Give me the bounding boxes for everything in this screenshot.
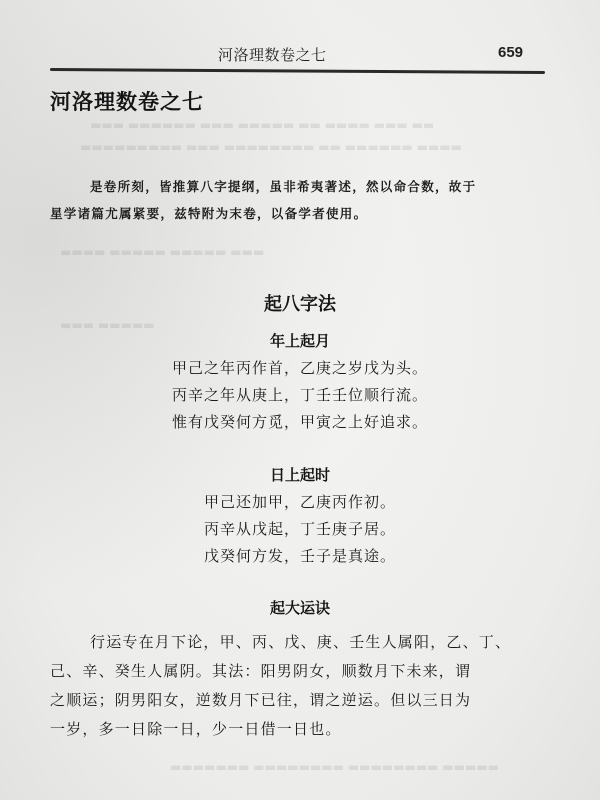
section-title: 起八字法 — [0, 290, 600, 316]
verse-line: 甲己之年丙作首，乙庚之岁戊为头。 — [0, 355, 600, 382]
intro-paragraph: 是卷所刻，皆推算八字提纲，虽非希夷著述，然以命合数，故于 星学诸篇尤属紧要，兹特… — [50, 173, 550, 227]
intro-line: 是卷所刻，皆推算八字提纲，虽非希夷著述，然以命合数，故于 — [50, 173, 550, 200]
show-through-text: ▬▬ ▬▬▬ ▬▬▬▬ ▬▬ ▬▬▬▬▬ ▬▬▬ ▬▬▬▬▬▬ ▬▬▬ — [90, 118, 434, 132]
verse-line: 丙辛之年从庚上，丁壬壬位顺行流。 — [0, 382, 600, 409]
intro-line: 星学诸篇尤属紧要，兹特附为末卷，以备学者使用。 — [50, 200, 550, 227]
verse-line: 丙辛从戊起，丁壬庚子居。 — [0, 516, 600, 543]
show-through-text: ▬▬▬▬▬ ▬▬▬▬▬▬▬▬ ▬▬▬▬▬▬▬▬ ▬▬▬▬▬▬▬ — [170, 760, 499, 774]
show-through-text: ▬▬▬ ▬▬▬▬▬ ▬▬▬▬▬ ▬▬▬▬ — [60, 245, 264, 259]
running-title: 河洛理数卷之七 — [218, 44, 327, 65]
page-number: 659 — [498, 44, 523, 61]
paragraph-line: 己、辛、癸生人属阴。其法：阳男阴女，顺数月下未来，谓 — [50, 657, 560, 686]
show-through-text: ▬▬▬▬ ▬▬▬▬▬▬ ▬▬ ▬▬▬▬▬▬▬▬ ▬▬▬ ▬▬▬▬▬▬▬▬▬ — [80, 140, 462, 154]
header-rule — [50, 68, 545, 74]
subsection-title-hour: 日上起时 — [0, 464, 600, 485]
major-luck-paragraph: 行运专在月下论，甲、丙、戊、庚、壬生人属阳，乙、丁、 己、辛、癸生人属阴。其法：… — [50, 628, 560, 744]
paragraph-line: 一岁，多一日除一日，少一日借一日也。 — [50, 715, 560, 744]
verse-hour: 甲己还加甲，乙庚丙作初。 丙辛从戊起，丁壬庚子居。 戊癸何方发，壬子是真途。 — [0, 489, 600, 570]
paragraph-line: 之顺运；阴男阳女，逆数月下已往，谓之逆运。但以三日为 — [50, 686, 560, 715]
verse-month: 甲己之年丙作首，乙庚之岁戊为头。 丙辛之年从庚上，丁壬壬位顺行流。 惟有戊癸何方… — [0, 355, 600, 436]
verse-line: 甲己还加甲，乙庚丙作初。 — [0, 489, 600, 516]
running-header: 河洛理数卷之七 659 — [0, 44, 600, 68]
chapter-title: 河洛理数卷之七 — [50, 86, 204, 116]
verse-line: 惟有戊癸何方觅，甲寅之上好追求。 — [0, 409, 600, 436]
subsection-title-major-luck: 起大运诀 — [0, 597, 600, 618]
book-page: ▬▬ ▬▬▬ ▬▬▬▬ ▬▬ ▬▬▬▬▬ ▬▬▬ ▬▬▬▬▬▬ ▬▬▬ ▬▬▬▬… — [0, 0, 600, 800]
verse-line: 戊癸何方发，壬子是真途。 — [0, 543, 600, 570]
subsection-title-month: 年上起月 — [0, 330, 600, 351]
paragraph-line: 行运专在月下论，甲、丙、戊、庚、壬生人属阳，乙、丁、 — [50, 628, 560, 657]
